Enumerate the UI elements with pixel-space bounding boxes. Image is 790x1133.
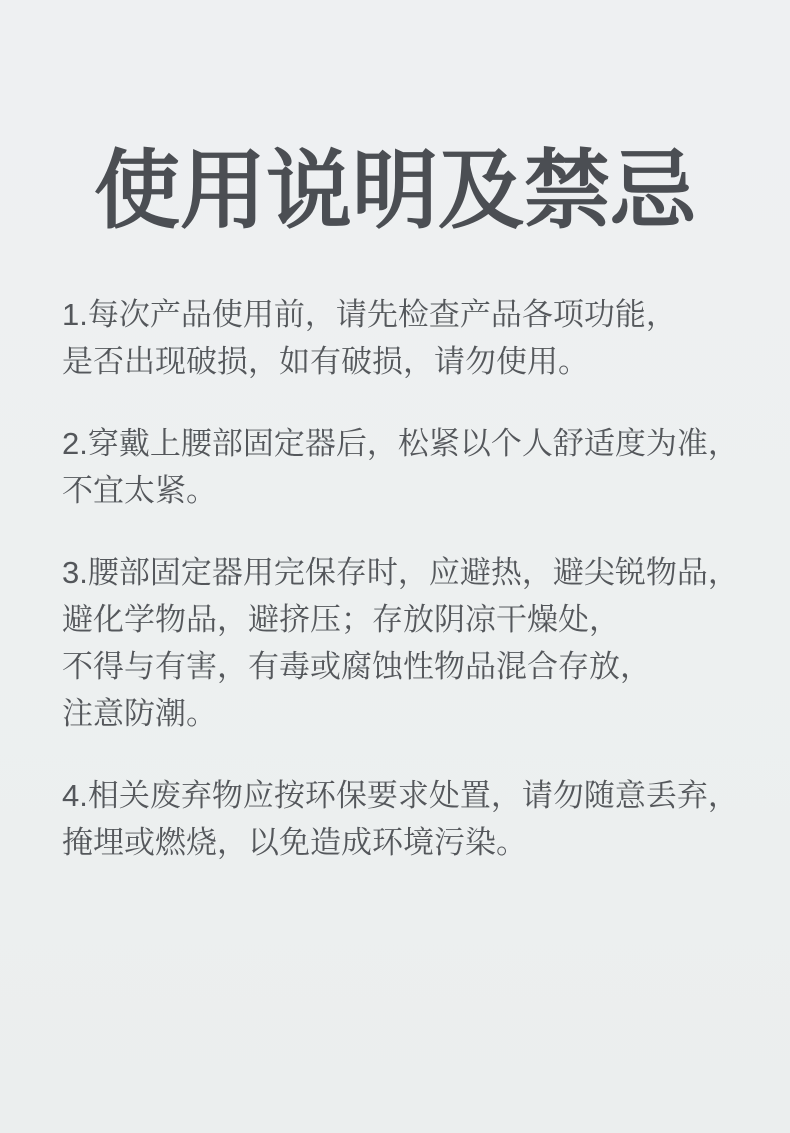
- instructions-page: 使用说明及禁忌 1.每次产品使用前，请先检查产品各项功能， 是否出现破损，如有破…: [0, 0, 790, 1133]
- instruction-paragraph-3: 3.腰部固定器用完保存时，应避热，避尖锐物品， 避化学物品，避挤压；存放阴凉干燥…: [62, 549, 760, 737]
- page-title: 使用说明及禁忌: [0, 0, 790, 243]
- instruction-paragraph-2: 2.穿戴上腰部固定器后，松紧以个人舒适度为准， 不宜太紧。: [62, 420, 760, 514]
- instruction-paragraph-4: 4.相关废弃物应按环保要求处置，请勿随意丢弃， 掩埋或燃烧，以免造成环境污染。: [62, 772, 760, 866]
- instruction-paragraph-1: 1.每次产品使用前，请先检查产品各项功能， 是否出现破损，如有破损，请勿使用。: [62, 291, 760, 385]
- instructions-list: 1.每次产品使用前，请先检查产品各项功能， 是否出现破损，如有破损，请勿使用。 …: [0, 291, 790, 866]
